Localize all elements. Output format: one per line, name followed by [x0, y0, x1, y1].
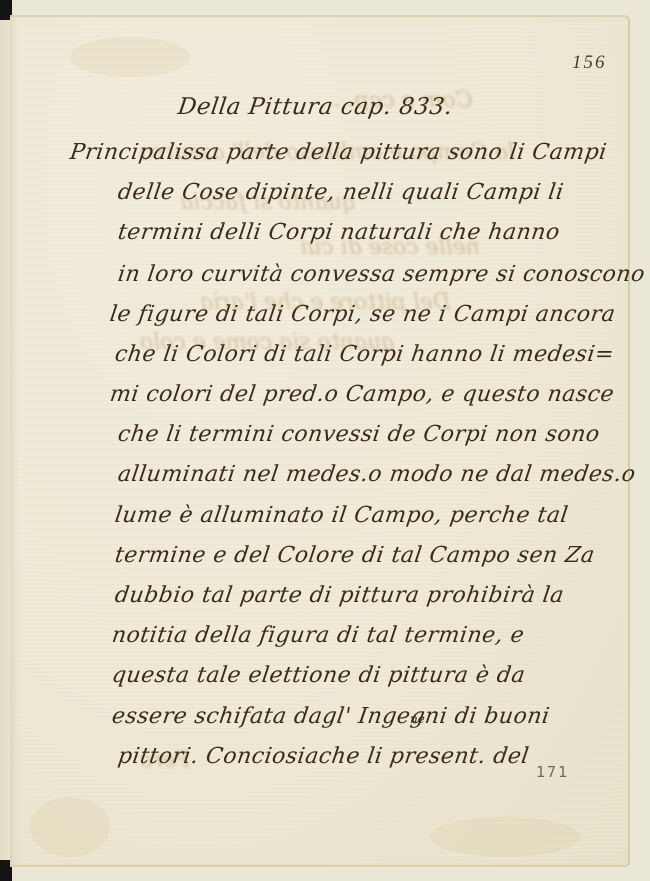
- text-line: notitia della figura di tal termine, e: [110, 623, 526, 648]
- manuscript-text: Della Pittura cap. 833. Principalissa pa…: [0, 0, 650, 881]
- text-line: termine e del Colore di tal Campo sen Za: [113, 543, 596, 568]
- chapter-title: Della Pittura cap. 833.: [176, 94, 454, 120]
- text-line: lume è alluminato il Campo, perche tal: [113, 503, 570, 528]
- text-line: le figure di tali Corpi, se ne i Campi a…: [108, 302, 617, 327]
- text-line: termini delli Corpi naturali che hanno: [116, 220, 561, 245]
- text-line: alluminati nel medes.o modo ne dal medes…: [116, 462, 637, 487]
- text-line: che li termini convessi de Corpi non son…: [116, 422, 601, 447]
- text-line: Principalissa parte della pittura sono l…: [68, 140, 608, 165]
- text-line: questa tale elettione di pittura è da: [110, 663, 527, 688]
- text-line: essere schifata dagl' Ingegni di buoni: [110, 704, 551, 729]
- text-line: delle Cose dipinte, nelli quali Campi li: [116, 180, 565, 205]
- superscript-insertion: ne: [410, 712, 425, 726]
- text-line: dubbio tal parte di pittura prohibirà la: [113, 583, 565, 608]
- text-line: pittori. Conciosiache li present. del: [116, 744, 531, 769]
- text-line: mi colori del pred.o Campo, e questo nas…: [108, 382, 616, 407]
- text-line: che li Colori di tali Corpi hanno li med…: [113, 342, 616, 367]
- text-line: in loro curvità convessa sempre si conos…: [116, 262, 646, 287]
